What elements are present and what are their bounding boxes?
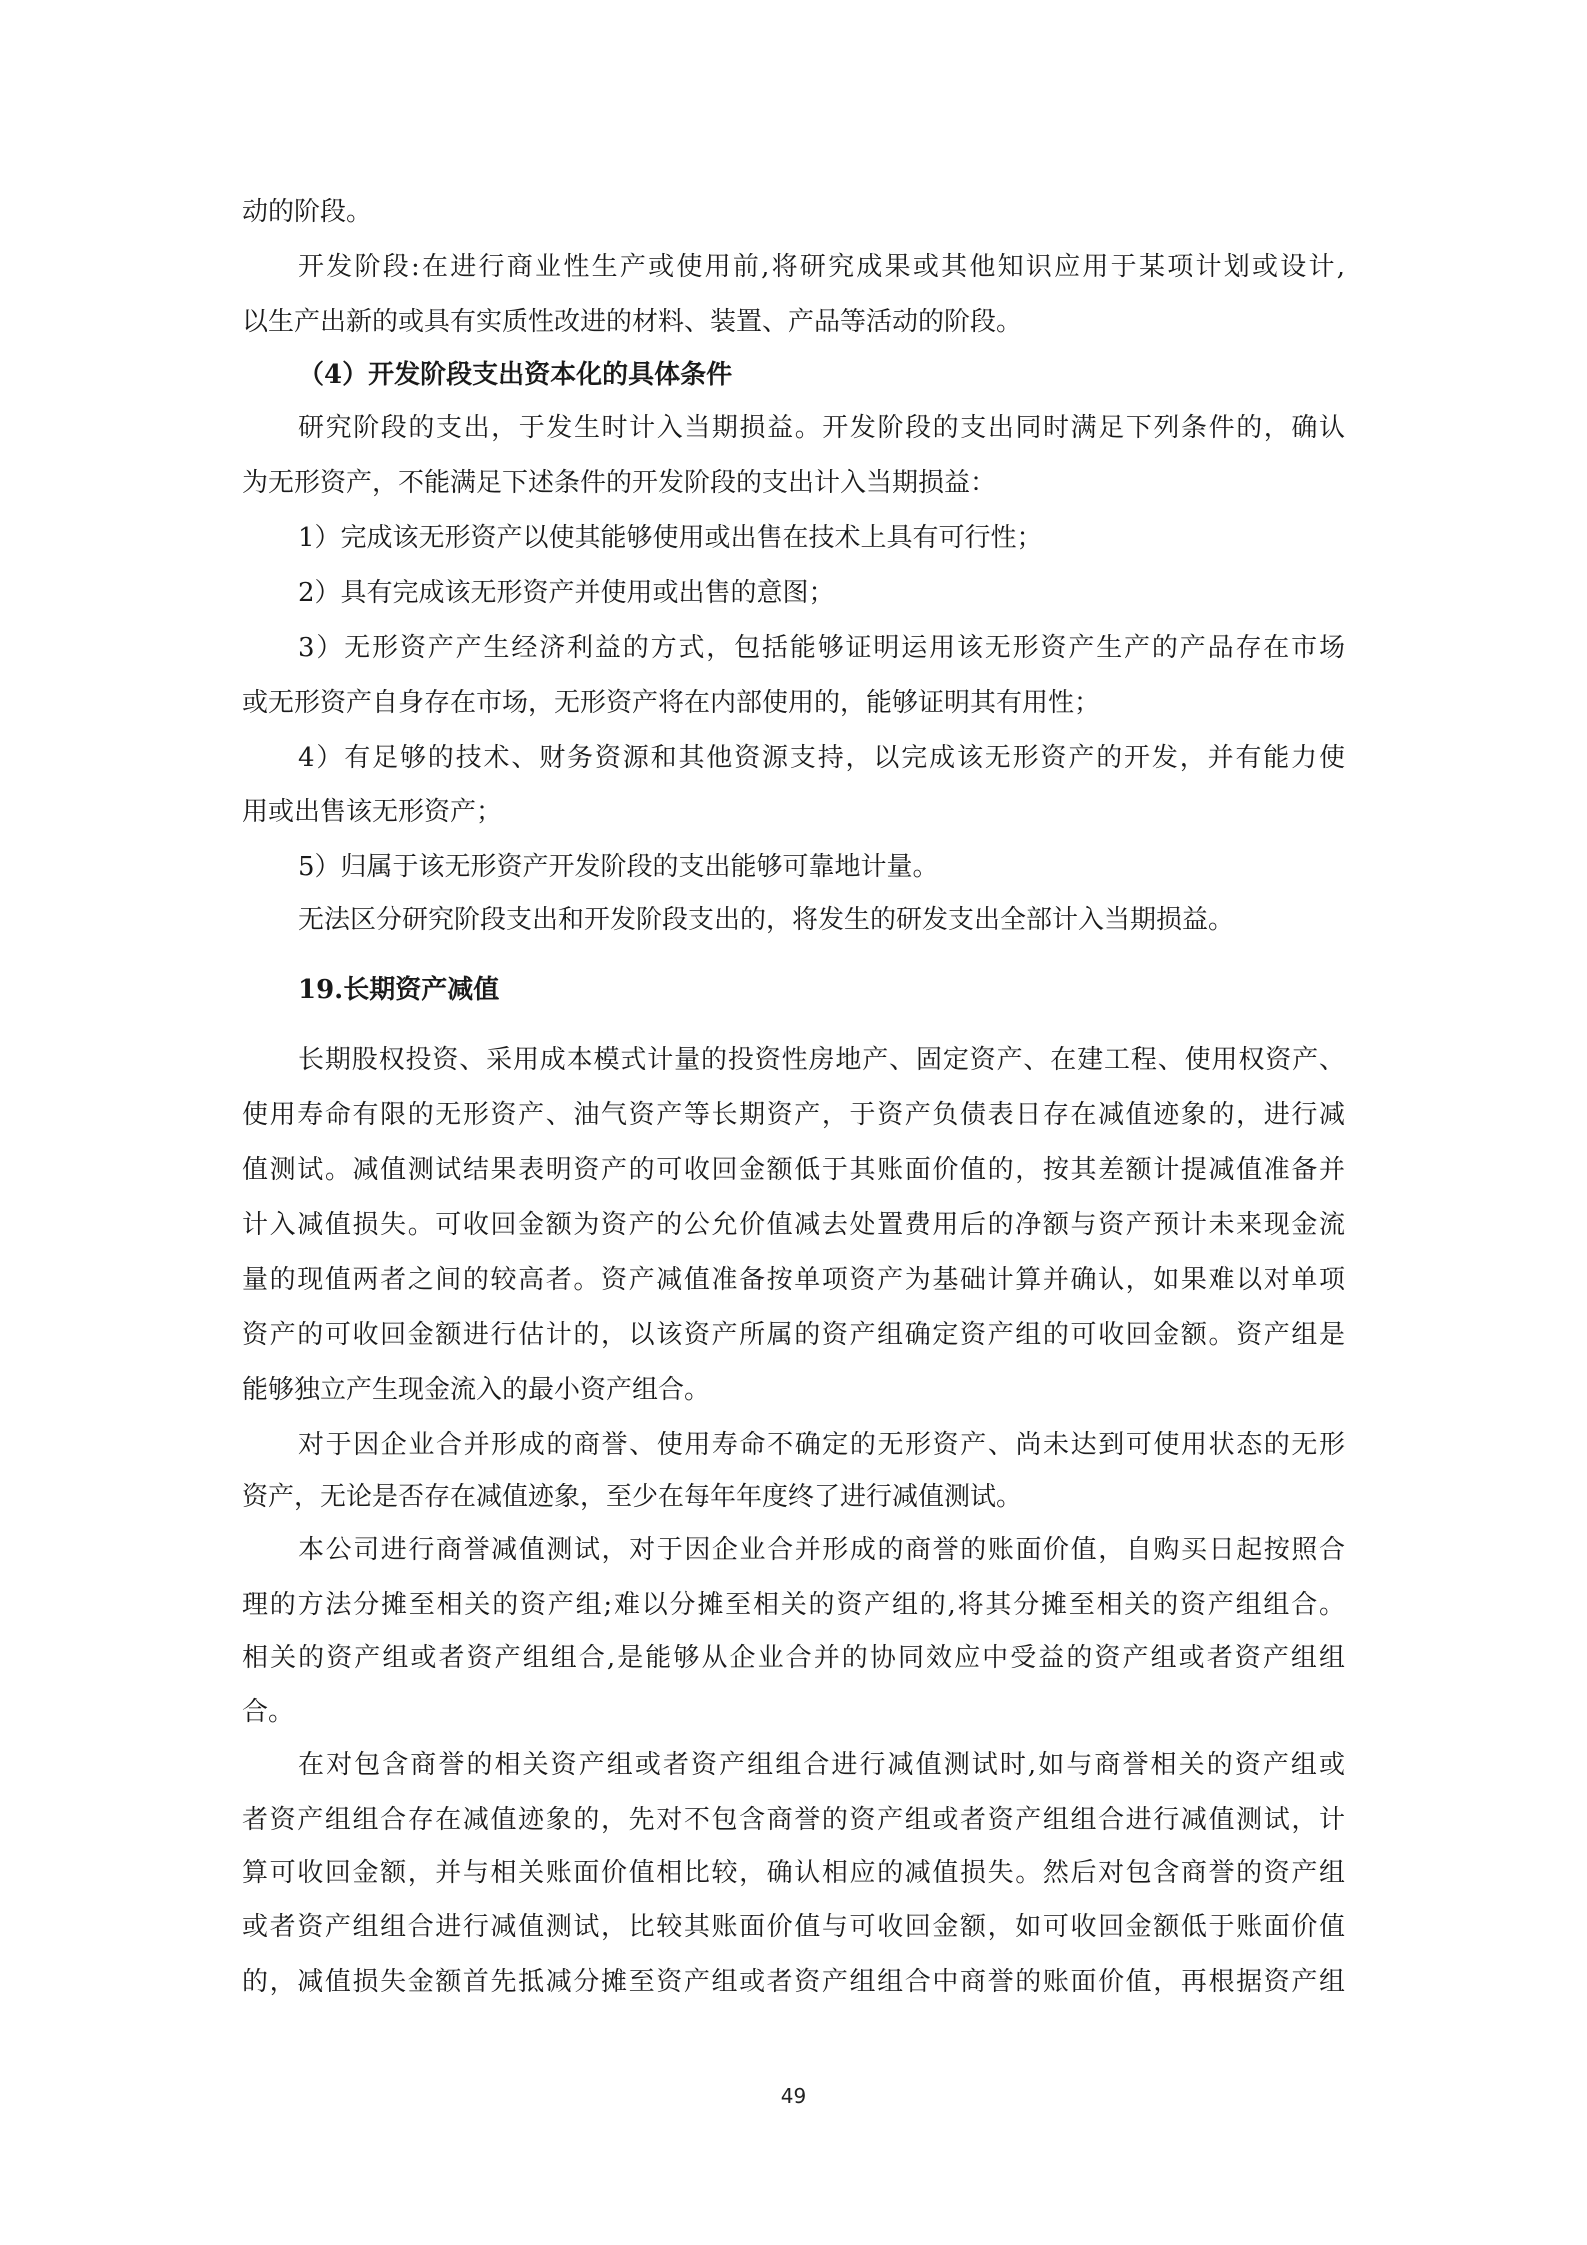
document-page: 49 动的阶段。开发阶段:在进行商业性生产或使用前,将研究成果或其他知识应用于某…	[0, 0, 1587, 2245]
text-line: 理的方法分摊至相关的资产组;难以分摊至相关的资产组的,将其分摊至相关的资产组组合…	[242, 1585, 1345, 1625]
text-line: 能够独立产生现金流入的最小资产组合。	[242, 1370, 1345, 1410]
text-line: 量的现值两者之间的较高者。资产减值准备按单项资产为基础计算并确认，如果难以对单项	[242, 1260, 1345, 1300]
text-line: 值测试。减值测试结果表明资产的可收回金额低于其账面价值的，按其差额计提减值准备并	[242, 1150, 1345, 1190]
text-line: 4）有足够的技术、财务资源和其他资源支持，以完成该无形资产的开发，并有能力使	[298, 738, 1345, 778]
text-line: 为无形资产，不能满足下述条件的开发阶段的支出计入当期损益：	[242, 463, 1345, 503]
text-line: 相关的资产组或者资产组组合,是能够从企业合并的协同效应中受益的资产组或者资产组组	[242, 1638, 1345, 1678]
text-line: 对于因企业合并形成的商誉、使用寿命不确定的无形资产、尚未达到可使用状态的无形	[298, 1425, 1345, 1465]
page-number: 49	[0, 2084, 1587, 2108]
text-line: 使用寿命有限的无形资产、油气资产等长期资产，于资产负债表日存在减值迹象的，进行减	[242, 1095, 1345, 1135]
section-heading: （4）开发阶段支出资本化的具体条件	[298, 355, 1345, 395]
text-line: 者资产组组合存在减值迹象的，先对不包含商誉的资产组或者资产组组合进行减值测试，计	[242, 1800, 1345, 1840]
text-line: 或者资产组组合进行减值测试，比较其账面价值与可收回金额，如可收回金额低于账面价值	[242, 1907, 1345, 1947]
section-heading: 19.长期资产减值	[298, 970, 1345, 1010]
text-line: 以生产出新的或具有实质性改进的材料、装置、产品等活动的阶段。	[242, 302, 1345, 342]
text-line: 无法区分研究阶段支出和开发阶段支出的，将发生的研发支出全部计入当期损益。	[298, 900, 1345, 940]
text-line: 2）具有完成该无形资产并使用或出售的意图；	[298, 573, 1345, 613]
text-line: 或无形资产自身存在市场，无形资产将在内部使用的，能够证明其有用性；	[242, 683, 1345, 723]
text-line: 计入减值损失。可收回金额为资产的公允价值减去处置费用后的净额与资产预计未来现金流	[242, 1205, 1345, 1245]
text-line: 在对包含商誉的相关资产组或者资产组组合进行减值测试时,如与商誉相关的资产组或	[298, 1745, 1345, 1785]
text-line: 开发阶段:在进行商业性生产或使用前,将研究成果或其他知识应用于某项计划或设计,	[298, 247, 1345, 287]
text-line: 资产，无论是否存在减值迹象，至少在每年年度终了进行减值测试。	[242, 1477, 1345, 1517]
text-line: 动的阶段。	[242, 192, 1345, 232]
text-line: 合。	[242, 1692, 1345, 1732]
text-line: 长期股权投资、采用成本模式计量的投资性房地产、固定资产、在建工程、使用权资产、	[298, 1040, 1345, 1080]
text-line: 3）无形资产产生经济利益的方式，包括能够证明运用该无形资产生产的产品存在市场	[298, 628, 1345, 668]
text-line: 资产的可收回金额进行估计的，以该资产所属的资产组确定资产组的可收回金额。资产组是	[242, 1315, 1345, 1355]
text-line: 用或出售该无形资产；	[242, 792, 1345, 832]
text-line: 1）完成该无形资产以使其能够使用或出售在技术上具有可行性；	[298, 518, 1345, 558]
text-line: 的，减值损失金额首先抵减分摊至资产组或者资产组组合中商誉的账面价值，再根据资产组	[242, 1962, 1345, 2002]
text-line: 5）归属于该无形资产开发阶段的支出能够可靠地计量。	[298, 847, 1345, 887]
text-line: 研究阶段的支出，于发生时计入当期损益。开发阶段的支出同时满足下列条件的，确认	[298, 408, 1345, 448]
text-line: 算可收回金额，并与相关账面价值相比较，确认相应的减值损失。然后对包含商誉的资产组	[242, 1853, 1345, 1893]
text-line: 本公司进行商誉减值测试，对于因企业合并形成的商誉的账面价值，自购买日起按照合	[298, 1530, 1345, 1570]
